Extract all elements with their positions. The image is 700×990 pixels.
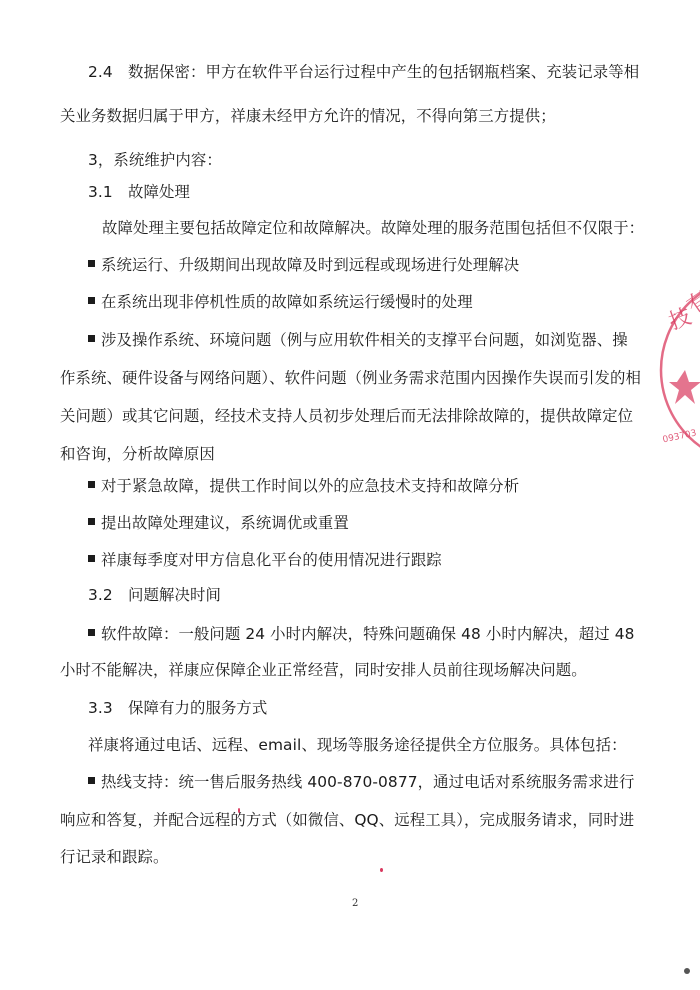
bullet-text: 涉及操作系统、环境问题（例与应用软件相关的支撑平台问题，如浏览器、操 <box>101 331 628 349</box>
bullet-item: 对于紧急故障，提供工作时间以外的应急技术支持和故障分析 <box>88 476 519 496</box>
heading-text: 保障有力的服务方式 <box>128 699 267 717</box>
heading-text: 问题解决时间 <box>128 586 221 604</box>
bullet-icon <box>88 777 95 784</box>
paragraph-line: 行记录和跟踪。 <box>60 847 168 867</box>
bullet-item: 热线支持：统一售后服务热线 400-870-0877，通过电话对系统服务需求进行 <box>88 772 634 792</box>
paragraph-line: 作系统、硬件设备与网络问题）、软件问题（例业务需求范围内因操作失误而引发的相 <box>60 368 641 388</box>
paragraph-line: 小时不能解决，祥康应保障企业正常经营，同时安排人员前往现场解决问题。 <box>60 660 587 680</box>
heading-text: 故障处理 <box>128 183 190 201</box>
paragraph-line: 关业务数据归属于甲方，祥康未经甲方允许的情况，不得向第三方提供； <box>60 106 556 126</box>
bullet-item: 软件故障：一般问题 24 小时内解决，特殊问题确保 48 小时内解决，超过 48 <box>88 624 635 644</box>
scan-speck <box>380 868 383 872</box>
section-3-heading: 3，系统维护内容： <box>88 150 222 170</box>
bullet-text: 提出故障处理建议，系统调优或重置 <box>101 514 349 532</box>
svg-text:093703: 093703 <box>662 429 698 446</box>
bullet-item: 祥康每季度对甲方信息化平台的使用情况进行跟踪 <box>88 550 442 570</box>
bullet-text: 对于紧急故障，提供工作时间以外的应急技术支持和故障分析 <box>101 477 519 495</box>
section-number: 3.1 <box>88 182 128 202</box>
bullet-text: 祥康每季度对甲方信息化平台的使用情况进行跟踪 <box>101 551 442 569</box>
paragraph-line: 祥康将通过电话、远程、email、现场等服务途径提供全方位服务。具体包括： <box>88 735 627 755</box>
section-number: 2.4 <box>88 62 128 82</box>
bullet-icon <box>88 555 95 562</box>
bullet-text: 软件故障：一般问题 24 小时内解决，特殊问题确保 48 小时内解决，超过 48 <box>101 625 635 643</box>
scan-speck <box>238 808 240 813</box>
bullet-icon <box>88 481 95 488</box>
paragraph-text: 数据保密：甲方在软件平台运行过程中产生的包括钢瓶档案、充装记录等相 <box>128 63 639 81</box>
section-3-3-heading: 3.3保障有力的服务方式 <box>88 698 267 718</box>
section-3-1-heading: 3.1故障处理 <box>88 182 190 202</box>
paragraph-line: 和咨询，分析故障原因 <box>60 444 215 464</box>
bullet-icon <box>88 335 95 342</box>
bullet-icon <box>88 260 95 267</box>
seal-icon: 技 有 093703 <box>655 270 700 470</box>
paragraph-line: 故障处理主要包括故障定位和故障解决。故障处理的服务范围包括但不仅限于： <box>102 218 644 238</box>
section-3-2-heading: 3.2问题解决时间 <box>88 585 221 605</box>
paragraph-line: 响应和答复，并配合远程的方式（如微信、QQ、远程工具），完成服务请求，同时进 <box>60 810 634 830</box>
bullet-item: 涉及操作系统、环境问题（例与应用软件相关的支撑平台问题，如浏览器、操 <box>88 330 628 350</box>
company-seal-stamp: 技 有 093703 <box>655 270 700 470</box>
scan-speck <box>684 968 690 974</box>
bullet-item: 系统运行、升级期间出现故障及时到远程或现场进行处理解决 <box>88 255 519 275</box>
bullet-item: 在系统出现非停机性质的故障如系统运行缓慢时的处理 <box>88 292 473 312</box>
section-number: 3.3 <box>88 698 128 718</box>
section-2-4-line: 2.4数据保密：甲方在软件平台运行过程中产生的包括钢瓶档案、充装记录等相 <box>88 62 639 82</box>
bullet-text: 在系统出现非停机性质的故障如系统运行缓慢时的处理 <box>101 293 473 311</box>
bullet-icon <box>88 297 95 304</box>
page-number: 2 <box>352 898 358 909</box>
paragraph-line: 关问题）或其它问题，经技术支持人员初步处理后而无法排除故障的，提供故障定位 <box>60 406 633 426</box>
bullet-item: 提出故障处理建议，系统调优或重置 <box>88 513 349 533</box>
bullet-icon <box>88 629 95 636</box>
bullet-text: 热线支持：统一售后服务热线 400-870-0877，通过电话对系统服务需求进行 <box>101 773 634 791</box>
document-page: 2.4数据保密：甲方在软件平台运行过程中产生的包括钢瓶档案、充装记录等相 关业务… <box>0 0 700 990</box>
bullet-icon <box>88 518 95 525</box>
bullet-text: 系统运行、升级期间出现故障及时到远程或现场进行处理解决 <box>101 256 519 274</box>
section-number: 3.2 <box>88 585 128 605</box>
